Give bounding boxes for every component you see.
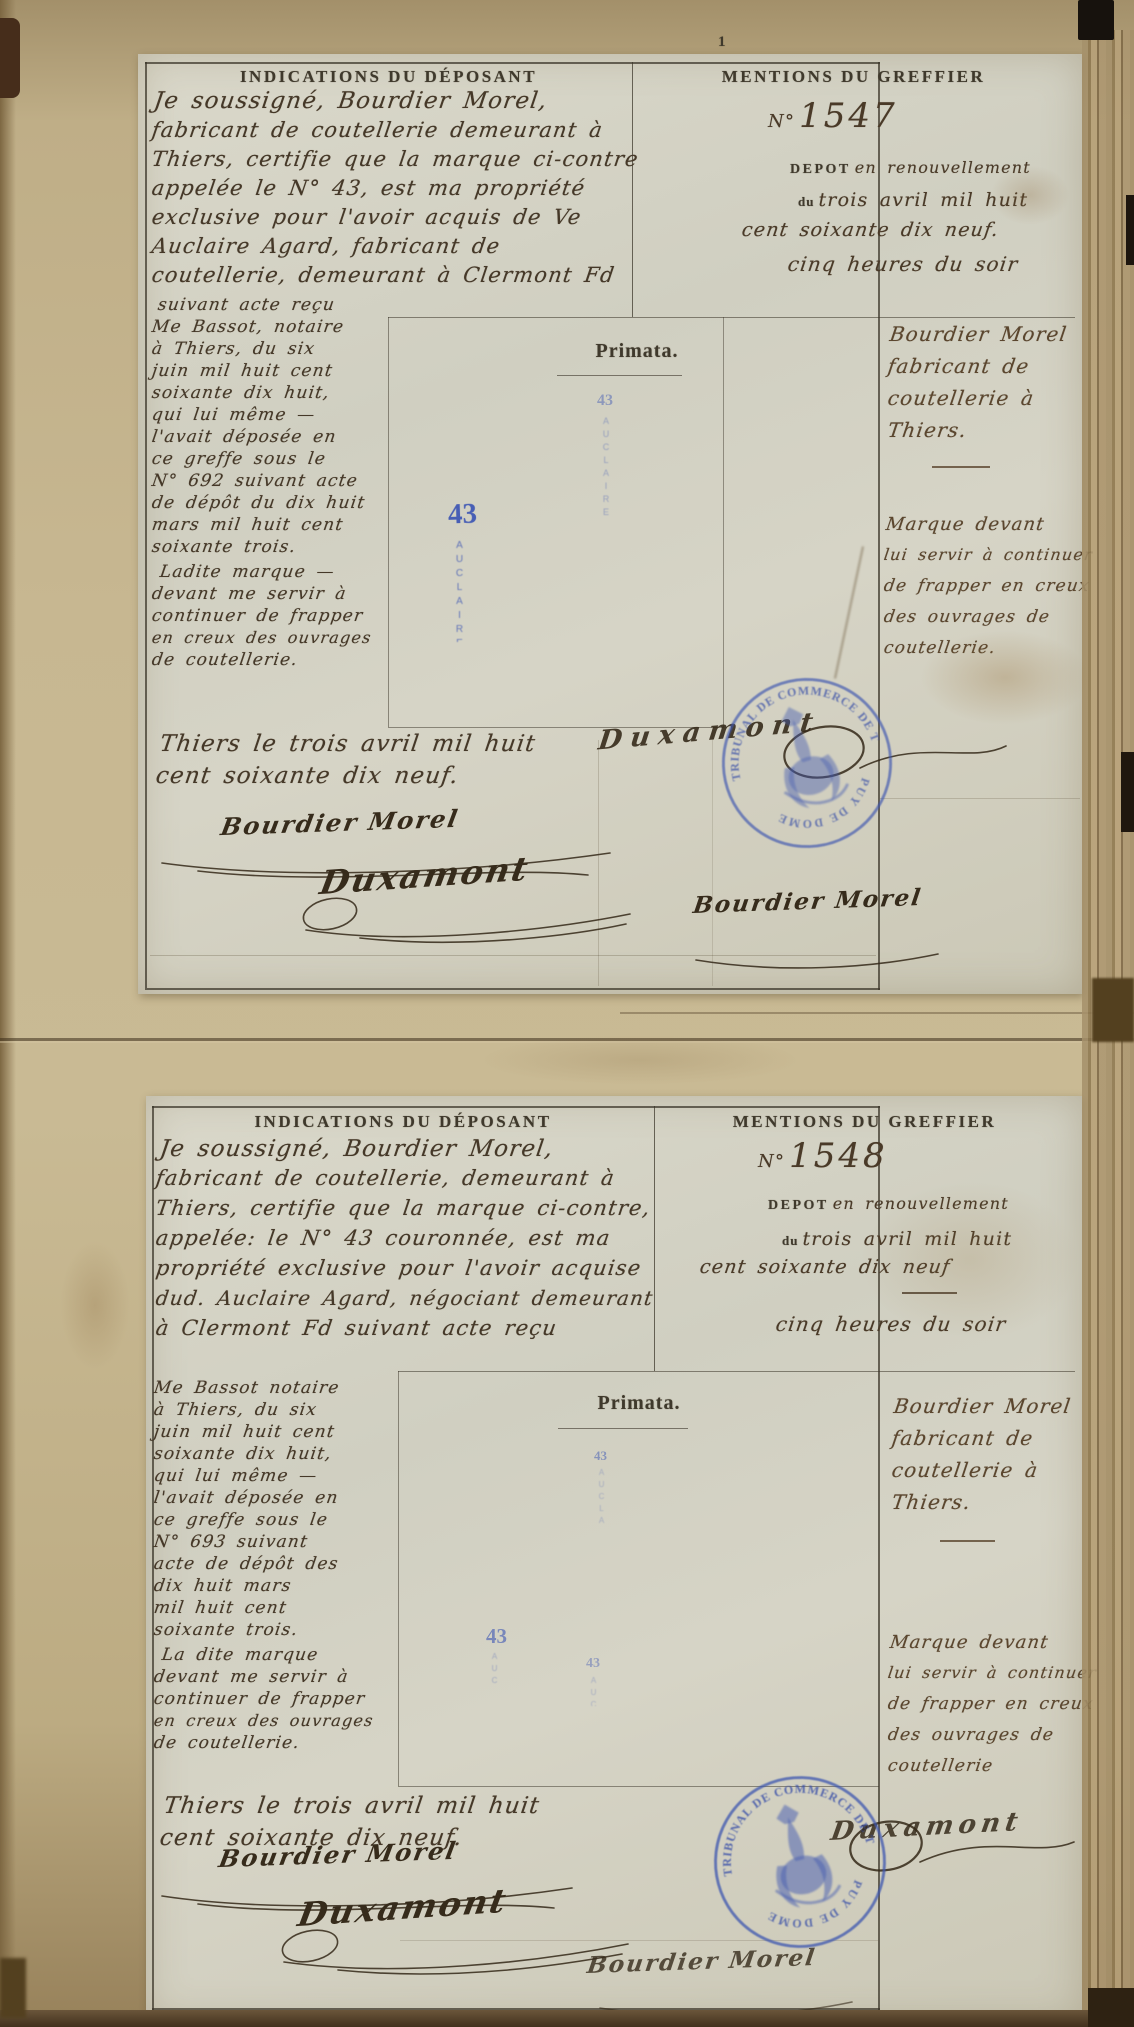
bottom-left-corner-mark: [0, 1958, 26, 2018]
bottom-strip: [0, 2010, 1134, 2027]
handwritten-line: N° 693 suivant: [153, 1532, 310, 1552]
signature-flourish: [692, 948, 942, 978]
form1-registration-number: N° 1547: [768, 96, 898, 136]
handwritten-line: soixante trois.: [151, 537, 298, 557]
right-edge-mark-1: [1126, 195, 1134, 265]
handwritten-line: juin mil huit cent: [151, 361, 335, 381]
closing-line: cent soixante dix neuf.: [154, 763, 460, 789]
margin-marque-line: lui servir à continuer: [883, 545, 1095, 564]
handwritten-line: ce greffe sous le: [151, 449, 328, 469]
handwritten-line: Thiers, certifie que la marque ci-contre: [150, 147, 640, 171]
handwritten-line: Auclaire Agard, fabricant de: [150, 234, 502, 258]
handwritten-line: dix huit mars: [153, 1576, 293, 1596]
faint-mark-name-stamp: AUCLAIRE: [597, 1468, 606, 1523]
handwritten-line: appelée: le N° 43 couronnée, est ma: [154, 1226, 612, 1250]
form1-border-left: [145, 62, 147, 988]
margin-identity-line: fabricant de: [886, 354, 1031, 378]
margin-marque-line: des ouvrages de: [883, 607, 1052, 627]
form2-depot-line: DEPOT en renouvellement: [768, 1194, 1009, 1214]
register-page: 1 INDICATIONS DU DÉPOSANT MENTIONS DU GR…: [0, 0, 1134, 2027]
margin-marque-line: des ouvrages de: [887, 1725, 1056, 1745]
mark-name-stamp: AUCLAIRE: [490, 1652, 499, 1686]
margin-marque-line: coutellerie: [887, 1756, 995, 1776]
margin-marque-line: coutellerie.: [883, 638, 998, 658]
form1-border-top: [145, 62, 880, 64]
signature-flourish: [278, 1932, 638, 1977]
form2-column-divider: [654, 1106, 655, 1371]
form1-primata-box-left: [388, 317, 389, 727]
margin-marque-line: Marque devant: [885, 514, 1047, 535]
form2-section-line: [398, 1371, 1075, 1372]
handwritten-line: en creux des ouvrages: [153, 1711, 375, 1730]
mark-43-stamp: 43: [486, 1624, 507, 1649]
faint-mark-name-stamp: AUCLAIRE: [589, 1676, 598, 1706]
margin-dash: [932, 466, 990, 468]
handwritten-line: appelée le N° 43, est ma propriété: [150, 176, 587, 200]
handwritten-line: soixante trois.: [153, 1620, 300, 1640]
mark-43-stamp: 43: [447, 498, 477, 532]
margin-identity-line: Thiers.: [890, 1490, 972, 1514]
right-edge-mark-2: [1121, 752, 1134, 832]
handwritten-line: dud. Auclaire Agard, négociant demeurant: [154, 1286, 655, 1310]
handwritten-line: de dépôt du dix huit: [151, 493, 367, 513]
stamp-emblem: [760, 697, 851, 814]
handwritten-line: Me Bassot, notaire: [151, 317, 346, 337]
handwritten-line: devant me servir à: [153, 1667, 350, 1687]
handwritten-line: devant me servir à: [151, 584, 348, 604]
margin-marque-line: lui servir à continuer: [887, 1663, 1099, 1682]
handwritten-line: l'avait déposée en: [153, 1488, 340, 1508]
handwritten-line: La dite marque: [161, 1645, 320, 1665]
faint-mark-stamp: 43: [586, 1656, 600, 1672]
handwritten-line: en creux des ouvrages: [151, 628, 373, 647]
handwritten-line: à Thiers, du six: [151, 339, 317, 359]
page-crease-minor: [620, 1012, 1134, 1014]
form1-time-line: cinq heures du soir: [786, 252, 1020, 276]
margin-marque-line: Marque devant: [889, 1632, 1051, 1653]
margin-marque-line: de frapper en creux: [887, 1694, 1096, 1714]
left-page-edge: [0, 0, 16, 2027]
margin-identity-line: Thiers.: [886, 418, 968, 442]
form1-primata-box-right: [723, 317, 724, 727]
bottom-right-corner-mark: [1088, 1988, 1134, 2027]
handwritten-line: N° 692 suivant acte: [151, 471, 360, 491]
stain: [60, 1240, 130, 1370]
mark-name-stamp: AUCLAIRE: [454, 540, 465, 642]
margin-identity-line: coutellerie à: [890, 1458, 1040, 1482]
page-crease-highlight: [0, 1041, 1134, 1043]
form2-border-top: [152, 1106, 880, 1108]
form1-border-bottom: [145, 988, 880, 990]
form1-primata-rule: [557, 375, 682, 376]
handwritten-line: ce greffe sous le: [153, 1510, 330, 1530]
handwritten-line: à Thiers, du six: [153, 1400, 319, 1420]
form2-date-line2: cent soixante dix neuf: [698, 1256, 951, 1278]
handwritten-line: de coutellerie.: [153, 1733, 302, 1753]
handwritten-line: fabricant de coutellerie, demeurant à: [154, 1166, 616, 1190]
margin-identity-line: Bourdier Morel: [892, 1394, 1073, 1418]
faint-mark-stamp: 43: [594, 1448, 607, 1464]
form2-border-left: [152, 1106, 154, 2010]
faint-mark-stamp: 43: [597, 392, 613, 410]
signature-flourish: [300, 900, 640, 945]
closing-line: Thiers le trois avril mil huit: [162, 1793, 541, 1819]
top-right-corner-mark: [1078, 0, 1114, 40]
margin-identity-line: coutellerie à: [886, 386, 1036, 410]
form2-registration-number: N° 1548: [758, 1136, 888, 1176]
form1-column-divider: [632, 62, 633, 317]
form1-header-deposant: INDICATIONS DU DÉPOSANT: [145, 67, 632, 87]
handwritten-line: mil huit cent: [153, 1598, 289, 1618]
handwritten-line: continuer de frapper: [153, 1689, 367, 1709]
handwritten-line: à Clermont Fd suivant acte reçu: [154, 1316, 559, 1340]
handwritten-line: coutellerie, demeurant à Clermont Fd: [150, 263, 616, 287]
form2-time-line: cinq heures du soir: [774, 1312, 1008, 1336]
handwritten-line: soixante dix huit,: [151, 383, 332, 403]
form1-section-line: [388, 317, 1075, 318]
margin-marque-line: de frapper en creux: [883, 576, 1092, 596]
handwritten-line: suivant acte reçu: [157, 295, 337, 315]
form2-primata-box-left: [398, 1371, 399, 1786]
margin-dash: [940, 1540, 995, 1542]
handwritten-line: propriété exclusive pour l'avoir acquise: [154, 1256, 643, 1280]
handwritten-line: juin mil huit cent: [153, 1422, 337, 1442]
form1-date-line2: cent soixante dix neuf.: [740, 219, 1000, 241]
handwritten-line: exclusive pour l'avoir acquis de Ve: [150, 205, 583, 229]
handwritten-line: l'avait déposée en: [151, 427, 338, 447]
form2-header-greffier: MENTIONS DU GREFFIER: [654, 1112, 1075, 1132]
form2-date-line1: du trois avril mil huit: [782, 1228, 1012, 1250]
right-edge-mark-3: [1092, 978, 1134, 1042]
form1-primata-label: Primata.: [572, 340, 702, 363]
handwritten-line: Je soussigné, Bourdier Morel,: [158, 1136, 555, 1162]
form2-primata-label: Primata.: [574, 1392, 704, 1415]
margin-identity-line: fabricant de: [890, 1426, 1035, 1450]
handwritten-line: de coutellerie.: [151, 650, 300, 670]
page-number: 1: [718, 34, 728, 51]
handwritten-line: mars mil huit cent: [151, 515, 345, 535]
handwritten-line: acte de dépôt des: [153, 1554, 340, 1574]
stamp-emblem: [755, 1796, 843, 1913]
form2-greffier-dash: [902, 1292, 957, 1294]
closing-line: Thiers le trois avril mil huit: [158, 731, 537, 757]
form1-header-greffier: MENTIONS DU GREFFIER: [632, 67, 1075, 87]
handwritten-line: Je soussigné, Bourdier Morel,: [152, 88, 549, 114]
handwritten-line: qui lui même —: [151, 405, 317, 425]
form1-depot-line: DEPOT en renouvellement: [790, 158, 1031, 178]
margin-identity-line: Bourdier Morel: [888, 322, 1069, 346]
handwritten-line: fabricant de coutellerie demeurant à: [150, 118, 604, 142]
handwritten-line: Thiers, certifie que la marque ci-contre…: [154, 1196, 652, 1220]
top-left-corner-mark: [0, 18, 20, 98]
handwritten-line: Me Bassot notaire: [153, 1378, 341, 1398]
handwritten-line: soixante dix huit,: [153, 1444, 334, 1464]
form2-header-deposant: INDICATIONS DU DÉPOSANT: [152, 1112, 654, 1132]
handwritten-line: qui lui même —: [153, 1466, 319, 1486]
handwritten-line: Ladite marque —: [159, 562, 337, 582]
handwritten-line: continuer de frapper: [151, 606, 365, 626]
form2-primata-rule: [558, 1428, 688, 1429]
faint-mark-name-stamp: AUCLAIRE: [601, 416, 611, 516]
form1-date-line1: du trois avril mil huit: [798, 189, 1028, 211]
